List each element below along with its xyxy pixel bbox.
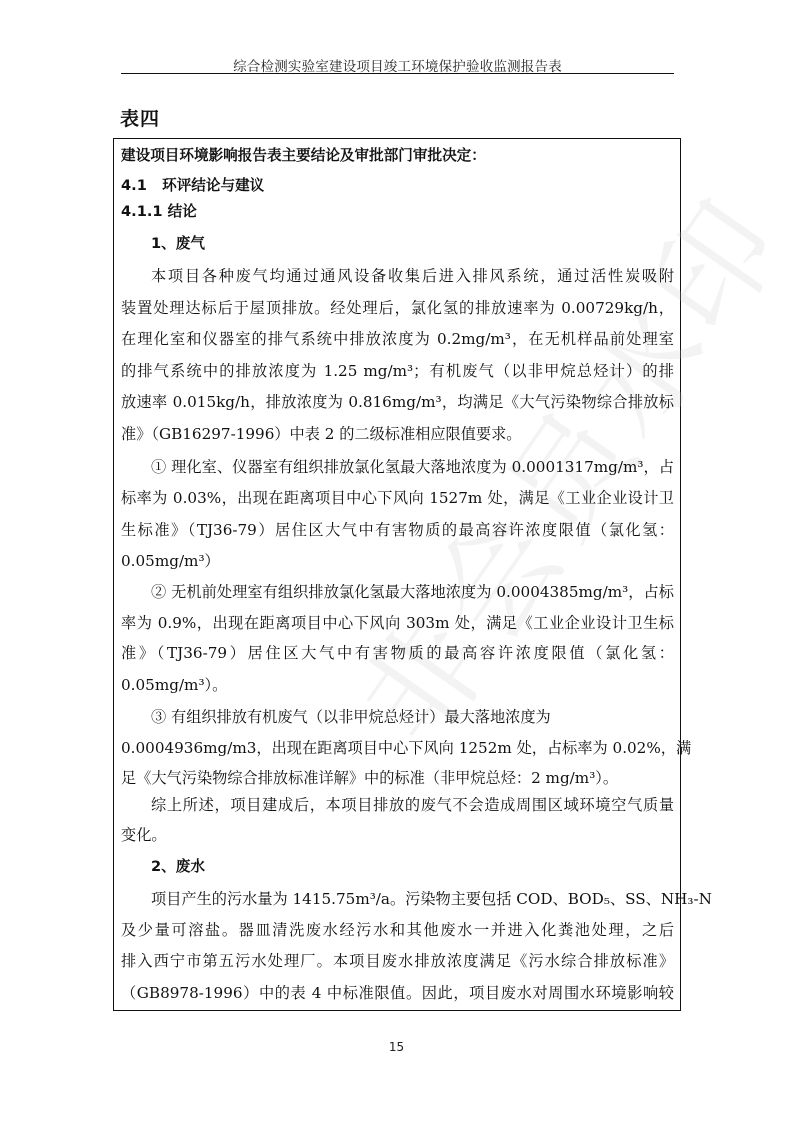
text-line: ③ 有组织排放有机废气（以非甲烷总烃计）最大落地浓度为 [151, 707, 551, 727]
subsection-heading-4-1-1: 4.1.1 结论 [121, 202, 197, 222]
text-line: 足《大气污染物综合排放标准详解》中的标准（非甲烷总烃：2 mg/m³）。 [121, 768, 618, 788]
text-line: 的排气系统中的排放浓度为 1.25 mg/m³；有机废气（以非甲烷总烃计）的排 [121, 361, 674, 381]
header-rule [121, 73, 674, 74]
text-line: 在理化室和仪器室的排气系统中排放浓度为 0.2mg/m³，在无机样品前处理室 [121, 329, 674, 349]
table-label: 表四 [120, 104, 160, 131]
text-line: 0.05mg/m³）。 [121, 675, 227, 695]
text-line: 准》（TJ36-79）居住区大气中有害物质的最高容许浓度限值（氯化氢： [121, 643, 674, 663]
waste-water-title: 2、废水 [151, 857, 205, 877]
text-line: 综上所述，项目建成后，本项目排放的废气不会造成周围区域环境空气质量 [151, 795, 674, 815]
text-line: 本项目各种废气均通过通风设备收集后进入排风系统，通过活性炭吸附 [151, 266, 674, 286]
subsection-heading-4-1: 4.1 环评结论与建议 [121, 176, 264, 196]
text-line: 标率为 0.03%，出现在距离项目中心下风向 1527m 处，满足《工业企业设计… [121, 488, 674, 508]
text-line: 0.0004936mg/m3，出现在距离项目中心下风向 1252m 处，占标率为… [121, 738, 674, 758]
text-line: 放速率 0.015kg/h，排放浓度为 0.816mg/m³，均满足《大气污染物… [121, 392, 674, 412]
document-page: 综合检测实验室建设项目竣工环境保护验收监测报告表 表四 非会员水印 建设项目环境… [0, 0, 793, 1122]
section-heading: 建设项目环境影响报告表主要结论及审批部门审批决定： [121, 146, 486, 166]
text-line: 准》（GB16297-1996）中表 2 的二级标准相应限值要求。 [121, 424, 521, 444]
text-line: 变化。 [121, 825, 167, 845]
text-line: 项目产生的污水量为 1415.75m³/a。污染物主要包括 COD、BOD₅、S… [151, 889, 674, 909]
text-line: （GB8978-1996）中的表 4 中标准限值。因此，项目废水对周围水环境影响… [121, 983, 674, 1003]
text-line: ② 无机前处理室有组织排放氯化氢最大落地浓度为 0.0004385mg/m³，占… [151, 582, 674, 602]
text-line: 排入西宁市第五污水处理厂。本项目废水排放浓度满足《污水综合排放标准》 [121, 951, 674, 971]
text-line: ① 理化室、仪器室有组织排放氯化氢最大落地浓度为 0.0001317mg/m³，… [151, 457, 674, 477]
text-line: 0.05mg/m³） [121, 551, 220, 571]
page-number: 15 [0, 1040, 793, 1054]
text-line: 生标准》（TJ36-79）居住区大气中有害物质的最高容许浓度限值（氯化氢： [121, 520, 674, 540]
text-line: 率为 0.9%，出现在距离项目中心下风向 303m 处，满足《工业企业设计卫生标 [121, 613, 674, 633]
running-header: 综合检测实验室建设项目竣工环境保护验收监测报告表 [121, 55, 674, 75]
text-line: 装置处理达标后于屋顶排放。经处理后，氯化氢的排放速率为 0.00729kg/h， [121, 298, 674, 318]
waste-gas-title: 1、废气 [151, 234, 205, 254]
text-line: 及少量可溶盐。器皿清洗废水经污水和其他废水一并进入化粪池处理，之后 [121, 920, 674, 940]
